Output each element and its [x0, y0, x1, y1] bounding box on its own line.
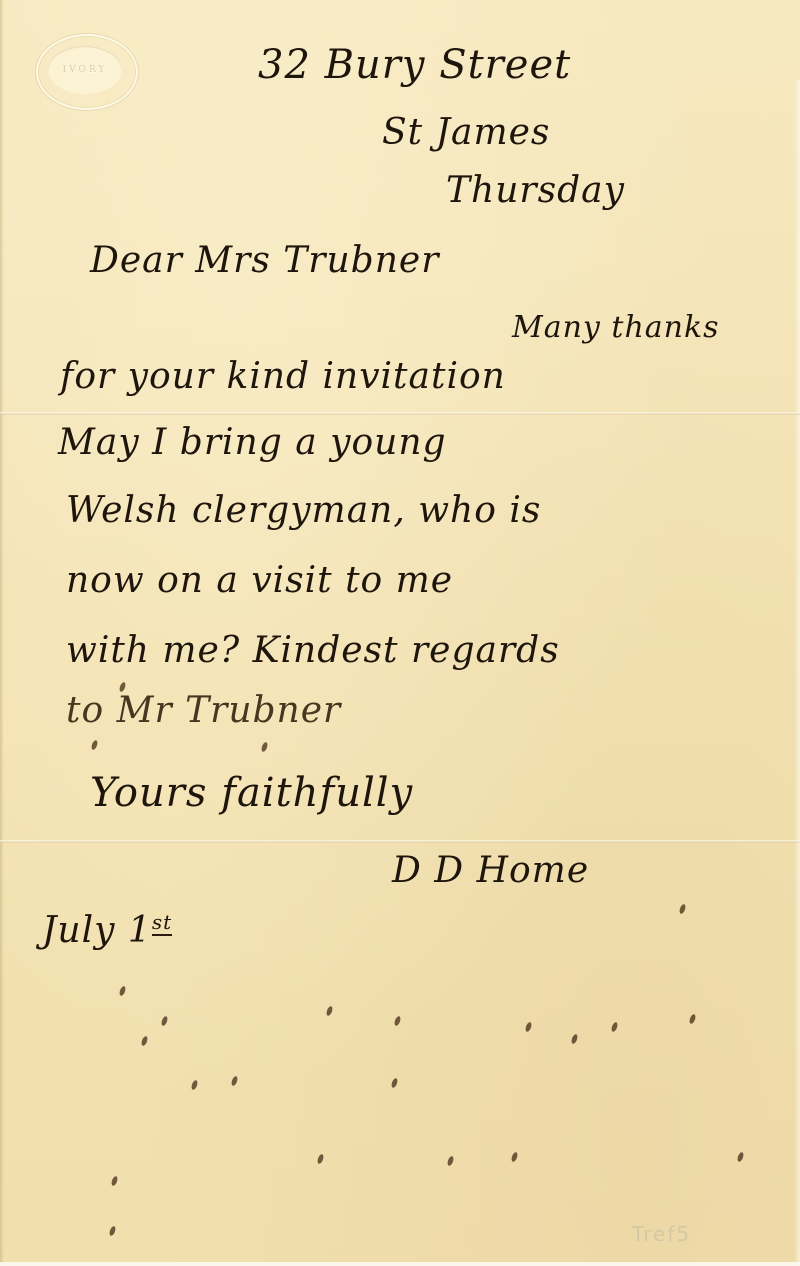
body-line-7: to Mr Trubner — [66, 690, 341, 731]
date-line: July 1st — [42, 910, 172, 951]
address-line-day: Thursday — [446, 170, 625, 211]
body-line-5: now on a visit to me — [66, 560, 453, 601]
paper-edge-right — [794, 80, 800, 1266]
signature: D D Home — [392, 850, 589, 891]
address-line-street: 32 Bury Street — [258, 42, 571, 88]
ivory-emboss-stamp: IVORY — [36, 34, 138, 110]
letter-paper: IVORY 32 Bury Street St James Thursday D… — [0, 0, 800, 1266]
fold-line-upper — [0, 412, 800, 415]
body-line-6: with me? Kindest regards — [66, 630, 560, 671]
emboss-stamp-text: IVORY — [63, 65, 108, 75]
fold-line-lower — [0, 840, 800, 843]
salutation: Dear Mrs Trubner — [90, 240, 439, 281]
pencil-archive-note: Tref5 — [632, 1222, 691, 1246]
paper-edge-left — [0, 0, 4, 1266]
date-month: July — [42, 910, 115, 951]
body-line-4: Welsh clergyman, who is — [66, 490, 541, 531]
paper-edge-bottom — [0, 1262, 800, 1266]
body-line-1: Many thanks — [512, 310, 720, 345]
body-line-2: for your kind invitation — [60, 356, 506, 397]
date-suffix: st — [152, 910, 172, 936]
date-day: 1 — [128, 910, 152, 951]
address-line-district: St James — [382, 112, 550, 153]
body-line-3: May I bring a young — [58, 422, 447, 463]
closing: Yours faithfully — [90, 770, 413, 816]
